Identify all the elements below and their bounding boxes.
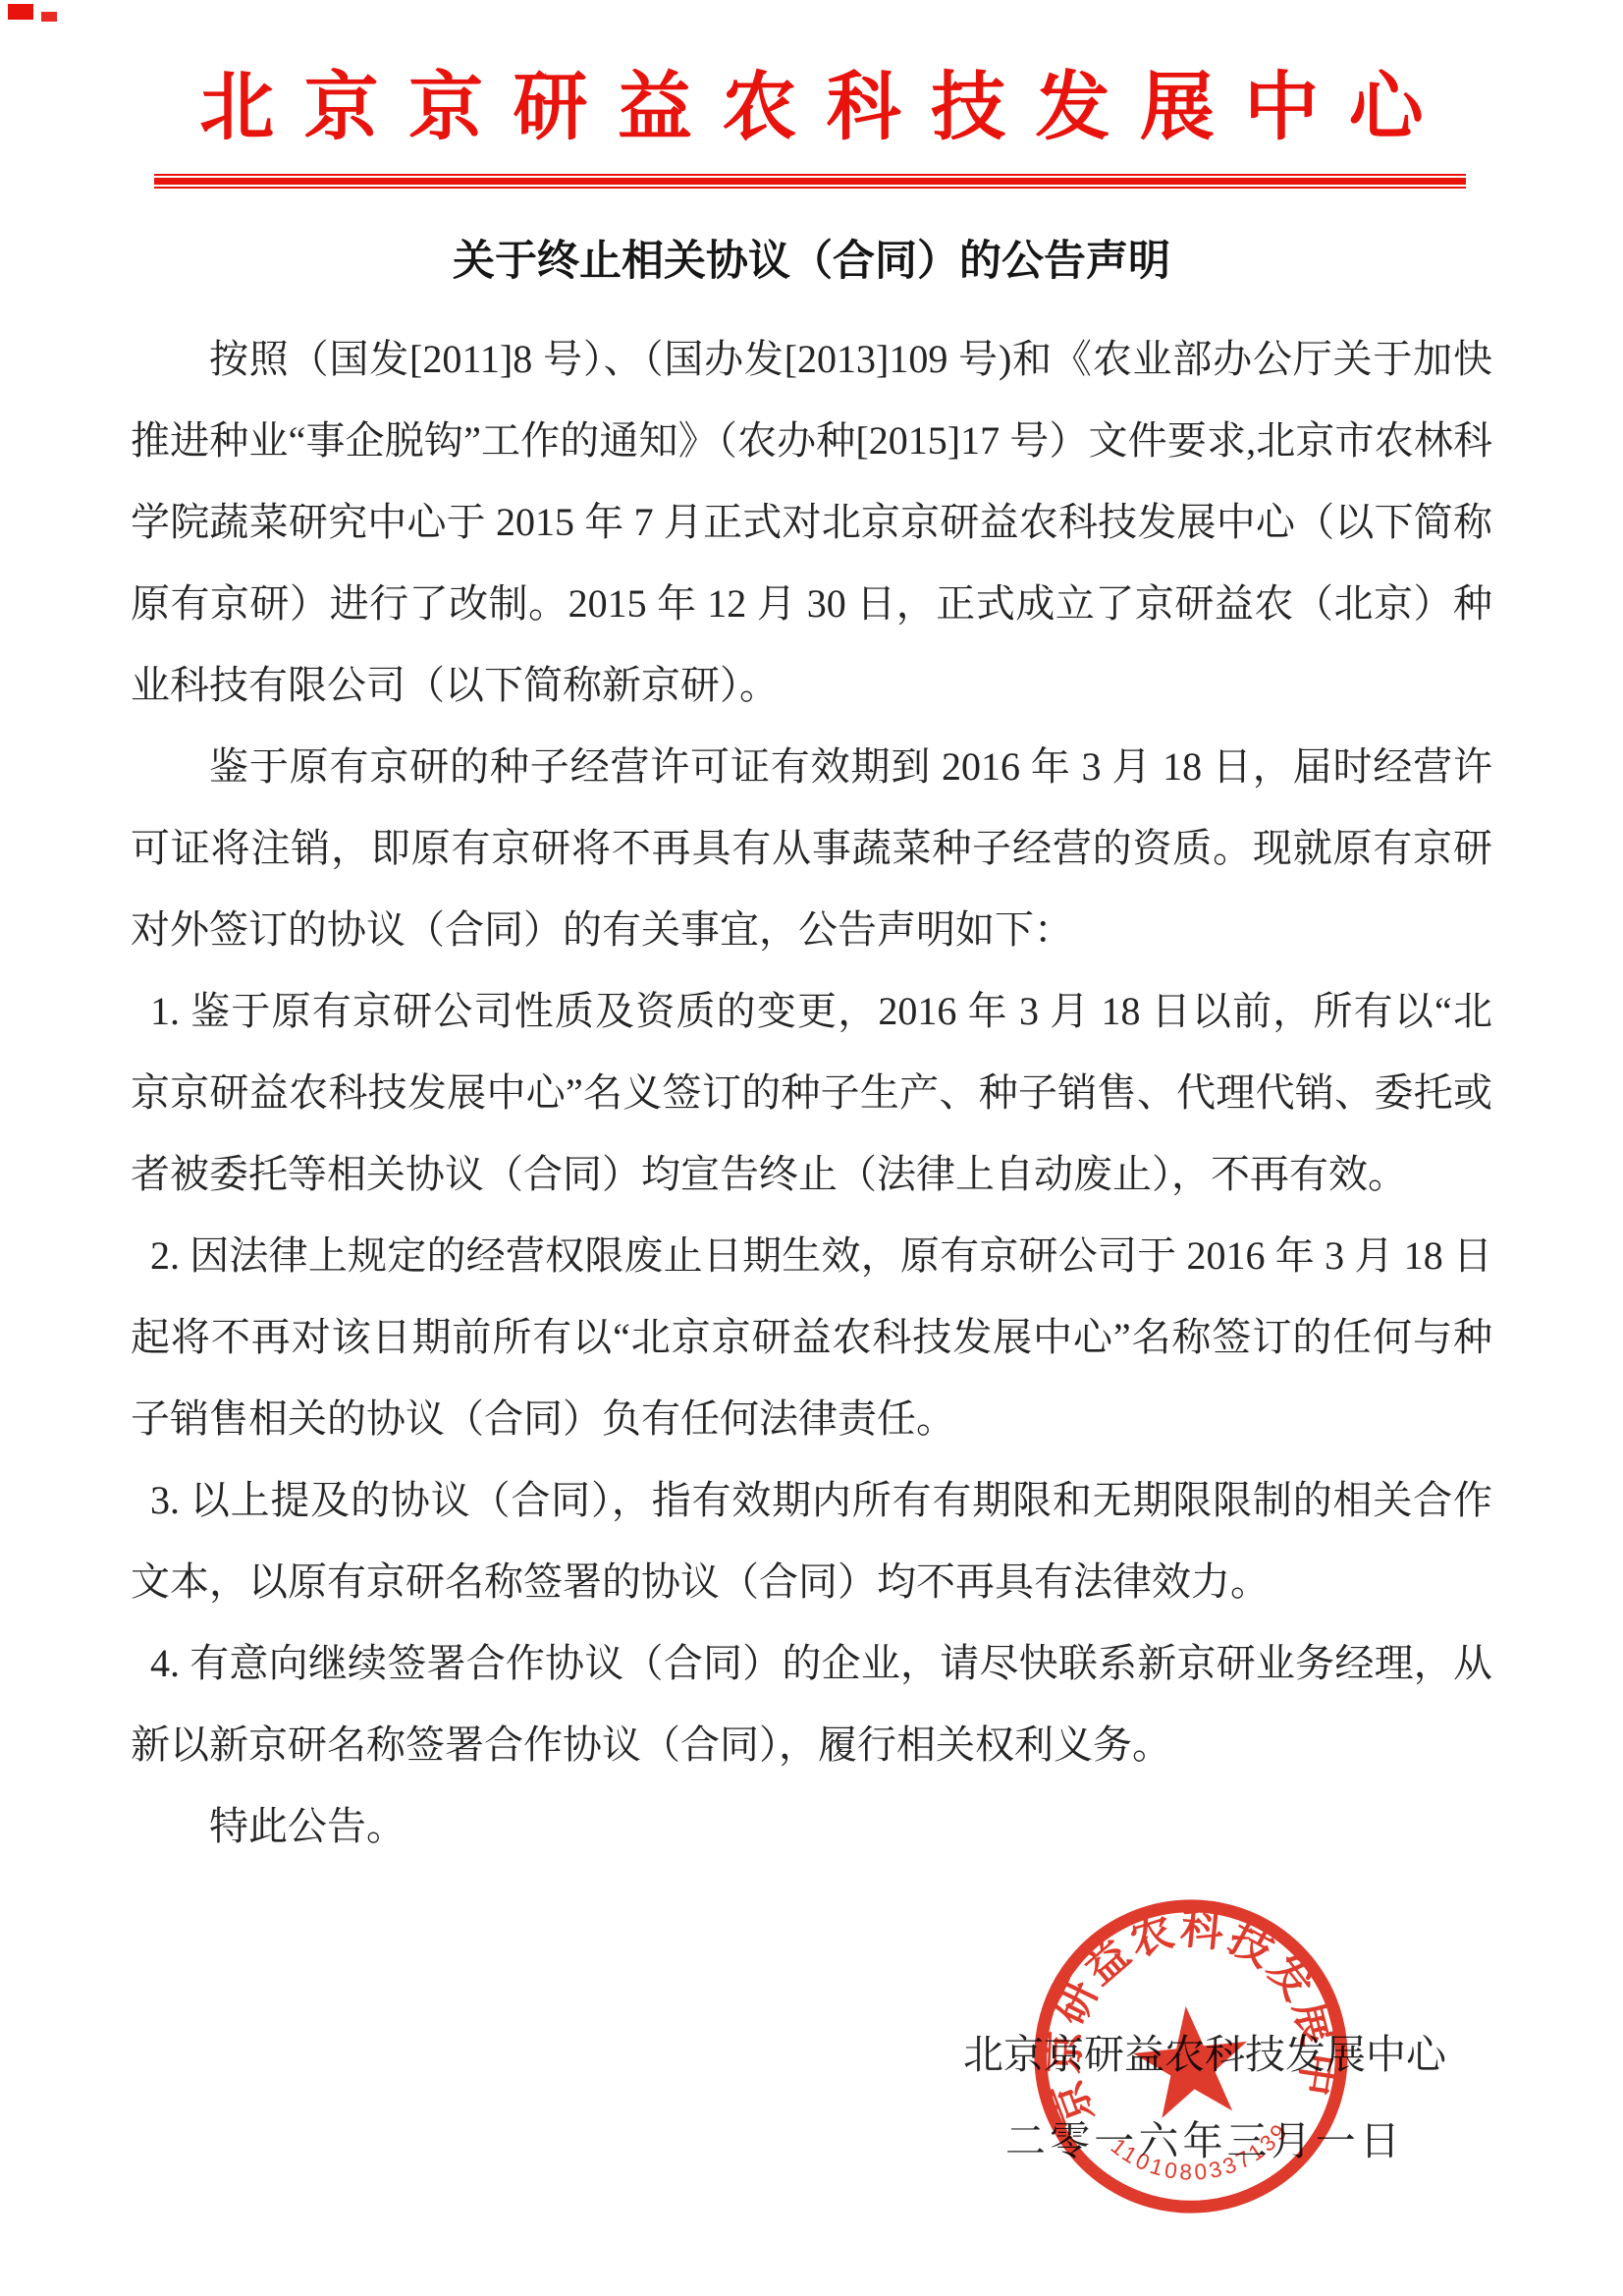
- list-item-4: 4. 有意向继续签署合作协议（合同）的企业，请尽快联系新京研业务经理，从新以新京…: [131, 1622, 1492, 1785]
- list-item-3: 3. 以上提及的协议（合同），指有效期内所有有期限和无期限限制的相关合作文本，以…: [131, 1459, 1492, 1622]
- letterhead-title: 北京京研益农科技发展中心: [0, 54, 1623, 162]
- announcement-page: 北京京研益农科技发展中心 关于终止相关协议（合同）的公告声明 按照（国发[201…: [0, 0, 1623, 2296]
- signature-org: 北京京研益农科技发展中心: [963, 2011, 1446, 2098]
- signature-date: 二零一六年三月一日: [963, 2098, 1446, 2184]
- paragraph-intro: 按照（国发[2011]8 号）、（国办发[2013]109 号)和《农业部办公厅…: [131, 318, 1492, 726]
- document-body: 按照（国发[2011]8 号）、（国办发[2013]109 号)和《农业部办公厅…: [0, 318, 1623, 1867]
- letterhead-rule: [154, 174, 1466, 189]
- document-title: 关于终止相关协议（合同）的公告声明: [0, 236, 1623, 287]
- scan-artifact-mark: [8, 4, 33, 20]
- scan-artifact-mark: [41, 12, 57, 22]
- list-item-2: 2. 因法律上规定的经营权限废止日期生效，原有京研公司于 2016 年 3 月 …: [131, 1215, 1492, 1459]
- paragraph-context: 鉴于原有京研的种子经营许可证有效期到 2016 年 3 月 18 日，届时经营许…: [131, 726, 1492, 970]
- signature-block: 北京京研益农科技发展中心 二零一六年三月一日: [963, 2011, 1446, 2184]
- list-item-1: 1. 鉴于原有京研公司性质及资质的变更，2016 年 3 月 18 日以前，所有…: [131, 970, 1492, 1215]
- closing-note: 特此公告。: [131, 1785, 1492, 1867]
